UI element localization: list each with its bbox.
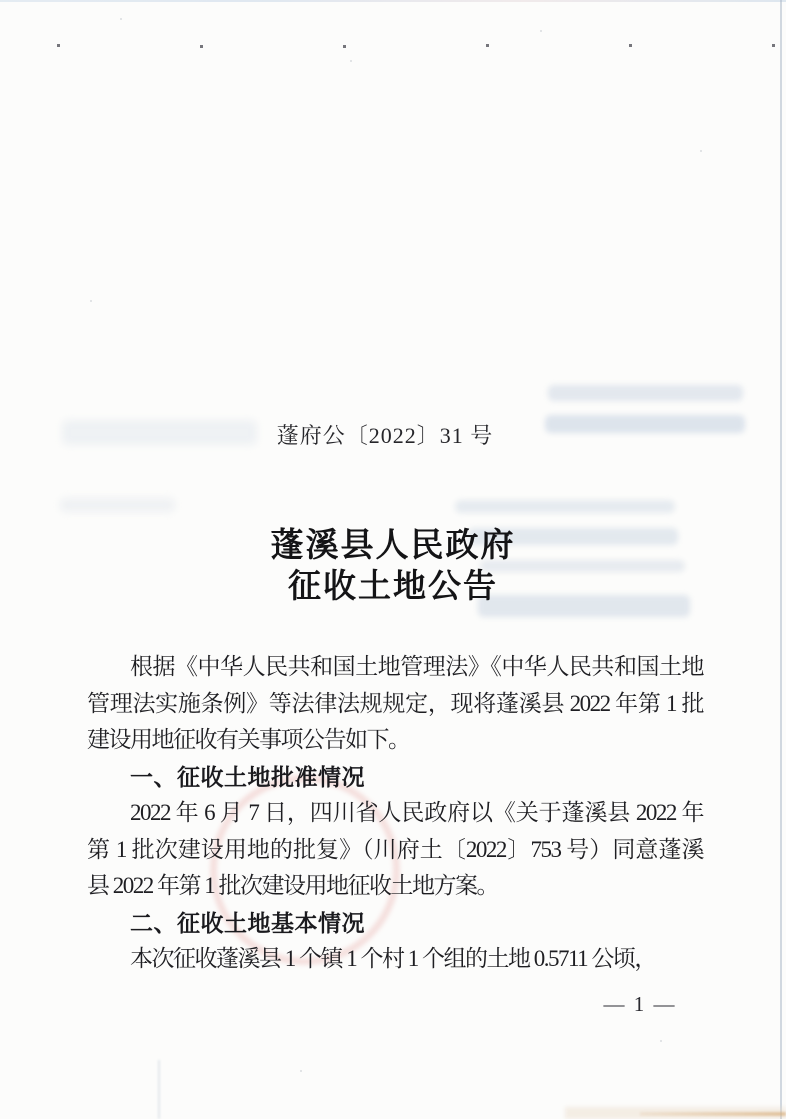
body-line: 根据《中华人民共和国土地管理法》《中华人民共和国土地: [87, 649, 703, 686]
document-title-line2: 征收土地公告: [0, 567, 786, 608]
scan-speck: [629, 44, 632, 47]
showthrough-text-line: [548, 385, 743, 401]
document-number: 蓬府公〔2022〕31 号: [0, 419, 770, 450]
document-title: 蓬溪县人民政府 征收土地公告: [0, 526, 786, 608]
body-line: 建设用地征收有关事项公告如下。: [87, 722, 703, 759]
body-line: 第 1 批次建设用地的批复》（川府土〔2022〕753 号）同意蓬溪: [87, 832, 703, 869]
paper-noise: [350, 60, 352, 62]
paper-noise: [120, 18, 122, 20]
scan-bottom-edge-line: [640, 1112, 786, 1116]
document-title-line1: 蓬溪县人民政府: [0, 526, 786, 567]
scanned-document-page: 蓬府公〔2022〕31 号 蓬溪县人民政府 征收土地公告 根据《中华人民共和国土…: [0, 0, 786, 1119]
page-number: — 1 —: [560, 992, 720, 1017]
paper-noise: [90, 300, 92, 302]
body-line: 县 2022 年第 1 批次建设用地征收土地方案。: [87, 868, 703, 905]
body-line: 管理法实施条例》等法律法规规定，现将蓬溪县 2022 年第 1 批: [87, 686, 703, 723]
scan-speck: [486, 44, 489, 47]
paper-crease-line: [158, 1060, 160, 1119]
paper-noise: [300, 1070, 302, 1072]
body-line: 本次征收蓬溪县 1 个镇 1 个村 1 个组的土地 0.5711 公顷，: [87, 941, 703, 978]
paper-noise: [540, 30, 542, 32]
section-heading: 二、征收土地基本情况: [87, 905, 703, 942]
scan-speck: [772, 44, 775, 47]
paper-noise: [700, 150, 702, 152]
showthrough-text-line: [455, 500, 675, 513]
scan-speck: [57, 44, 60, 47]
scan-speck: [343, 45, 346, 48]
showthrough-smudge: [60, 498, 175, 512]
document-body: 根据《中华人民共和国土地管理法》《中华人民共和国土地 管理法实施条例》等法律法规…: [87, 649, 703, 978]
scan-speck: [200, 45, 203, 48]
scan-top-edge-line: [0, 0, 786, 2]
paper-noise: [660, 1040, 662, 1042]
section-heading: 一、征收土地批准情况: [87, 759, 703, 796]
body-line: 2022 年 6 月 7 日，四川省人民政府以《关于蓬溪县 2022 年: [87, 795, 703, 832]
